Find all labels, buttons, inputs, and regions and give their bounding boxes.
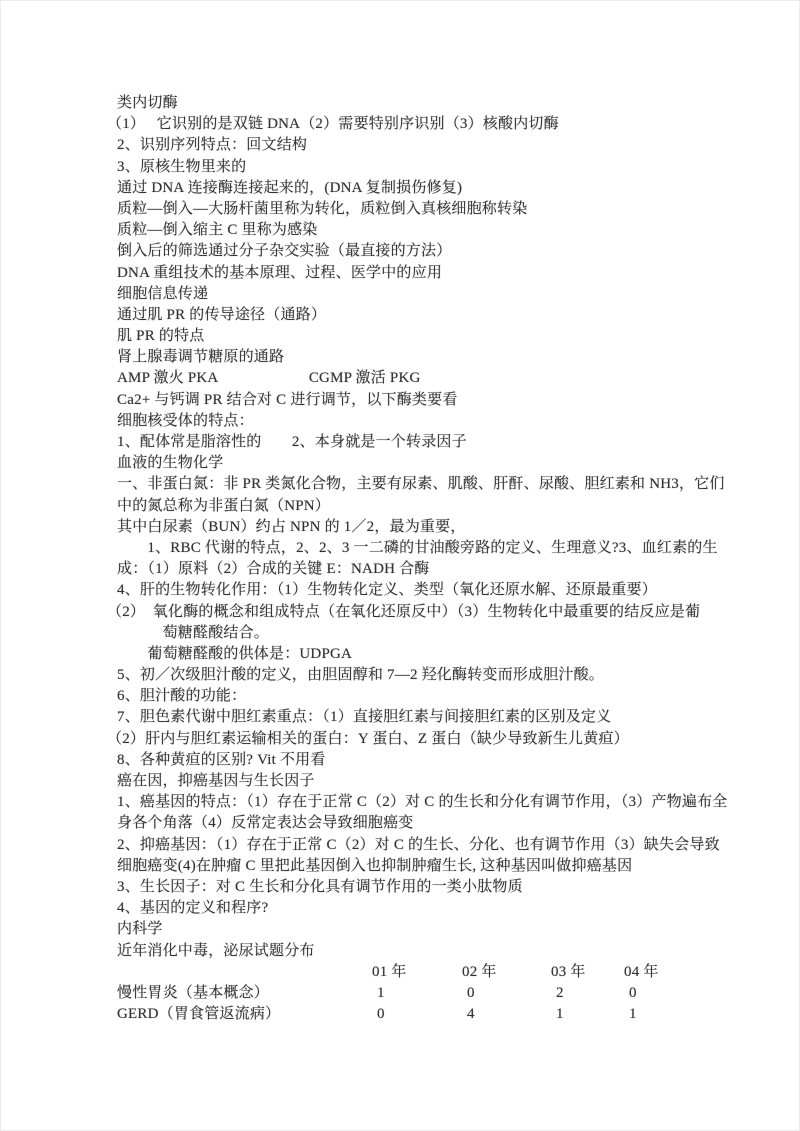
text-line: 通过 DNA 连接酶连接起来的，(DNA 复制损伤修复)	[117, 178, 800, 199]
row-label: 慢性胃炎（基本概念）	[117, 983, 269, 1004]
text-line: 癌在因，抑癌基因与生长因子	[117, 771, 800, 792]
document-content: 类内切酶 （1） 它识别的是双链 DNA（2）需要特别序识别（3）核酸内切酶 2…	[117, 93, 800, 1025]
text-line: 葡萄糖醛酸的供体是：UDPGA	[117, 644, 800, 665]
text-line: 2、抑癌基因：（1）存在于正常 C（2）对 C 的生长、分化、也有调节作用（3）…	[117, 835, 800, 856]
text-line: （2） 氧化酶的概念和组成特点（在氧化还原反中）（3）生物转化中最重要的结反应是…	[107, 602, 800, 623]
text-line: 中的氮总称为非蛋白氮（NPN）	[117, 496, 800, 517]
table-value: 0	[467, 983, 475, 1004]
table-value: 0	[629, 983, 637, 1004]
text-line: （2）肝内与胆红素运输相关的蛋白：Y 蛋白、Z 蛋白（缺少导致新生儿黄疸）	[107, 729, 800, 750]
text-line: 1、癌基因的特点：（1）存在于正常 C（2）对 C 的生长和分化有调节作用，（3…	[117, 792, 800, 813]
text-line: 肌 PR 的特点	[117, 326, 800, 347]
year-header: 01 年	[372, 962, 407, 983]
text-line: 通过肌 PR 的传导途径（通路）	[117, 305, 800, 326]
text-line: 类内切酶	[117, 93, 800, 114]
text-line: 细胞核受体的特点：	[117, 411, 800, 432]
text-line: 质粒—倒入缩主 C 里称为感染	[117, 220, 800, 241]
text-line: 身各个角落（4）反常定表达会导致细胞癌变	[117, 813, 800, 834]
year-header: 04 年	[624, 962, 659, 983]
text-line: 3、生长因子：对 C 生长和分化具有调节作用的一类小肽物质	[117, 877, 800, 898]
text-line: Ca2+ 与钙调 PR 结合对 C 进行调节，以下酶类要看	[117, 390, 800, 411]
year-header: 02 年	[462, 962, 497, 983]
text-line: 6、胆汁酸的功能：	[117, 686, 800, 707]
text-line: 7、胆色素代谢中胆红素重点：（1）直接胆红素与间接胆红素的区别及定义	[117, 707, 800, 728]
table-row: GERD（胃食管返流病） 0 4 1 1	[117, 1004, 800, 1025]
text-line: 8、各种黄疸的区别? Vit 不用看	[117, 750, 800, 771]
text-line: 血液的生物化学	[117, 453, 800, 474]
row-label: GERD（胃食管返流病）	[117, 1004, 280, 1025]
text-line: 一、非蛋白氮：非 PR 类氮化合物，主要有尿素、肌酸、肝酐、尿酸、胆红素和 NH…	[117, 474, 800, 495]
text-line: 倒入后的筛选通过分子杂交实验（最直接的方法）	[117, 241, 800, 262]
year-header: 03 年	[551, 962, 586, 983]
text-line: 质粒—倒入—大肠杆菌里称为转化，质粒倒入真核细胞称转染	[117, 199, 800, 220]
text-line: 细胞癌变(4)在肿瘤 C 里把此基因倒入也抑制肿瘤生长, 这种基因叫做抑癌基因	[117, 856, 800, 877]
text-line: （1） 它识别的是双链 DNA（2）需要特别序识别（3）核酸内切酶	[107, 114, 800, 135]
table-value: 1	[377, 983, 385, 1004]
text-line: 肾上腺毒调节糖原的通路	[117, 347, 800, 368]
table-row: 慢性胃炎（基本概念） 1 0 2 0	[117, 983, 800, 1004]
text-line: 萄糖醛酸结合。	[117, 623, 800, 644]
text-line: 2、识别序列特点：回文结构	[117, 135, 800, 156]
table-value: 1	[556, 1004, 564, 1025]
table-value: 0	[377, 1004, 385, 1025]
text-line: 3、原核生物里来的	[117, 157, 800, 178]
text-line: 4、肝的生物转化作用：（1）生物转化定义、类型（氧化还原水解、还原最重要）	[117, 580, 800, 601]
text-line: AMP 激火 PKA CGMP 激活 PKG	[117, 368, 800, 389]
table-value: 2	[556, 983, 564, 1004]
table-header-row: 01 年 02 年 03 年 04 年	[117, 962, 800, 983]
text-line: 1、RBC 代谢的特点，2、2、3 一二磷的甘油酸旁路的定义、生理意义?3、血红…	[117, 538, 800, 559]
text-line: 其中白尿素（BUN）约占 NPN 的 1／2，最为重要，	[117, 517, 800, 538]
text-line: 成：（1）原料（2）合成的关键 E：NADH 合酶	[117, 559, 800, 580]
text-line: DNA 重组技术的基本原理、过程、医学中的应用	[117, 263, 800, 284]
document-page: 类内切酶 （1） 它识别的是双链 DNA（2）需要特别序识别（3）核酸内切酶 2…	[0, 0, 800, 1131]
text-line: 细胞信息传递	[117, 284, 800, 305]
text-line: 5、初／次级胆汁酸的定义，由胆固醇和 7—2 羟化酶转变而形成胆汁酸。	[117, 665, 800, 686]
text-line: 内科学	[117, 919, 800, 940]
table-value: 4	[467, 1004, 475, 1025]
text-line: 1、配体常是脂溶性的 2、本身就是一个转录因子	[117, 432, 800, 453]
text-line: 近年消化中毒，泌尿试题分布	[117, 941, 800, 962]
text-line: 4、基因的定义和程序?	[117, 898, 800, 919]
table-value: 1	[629, 1004, 637, 1025]
